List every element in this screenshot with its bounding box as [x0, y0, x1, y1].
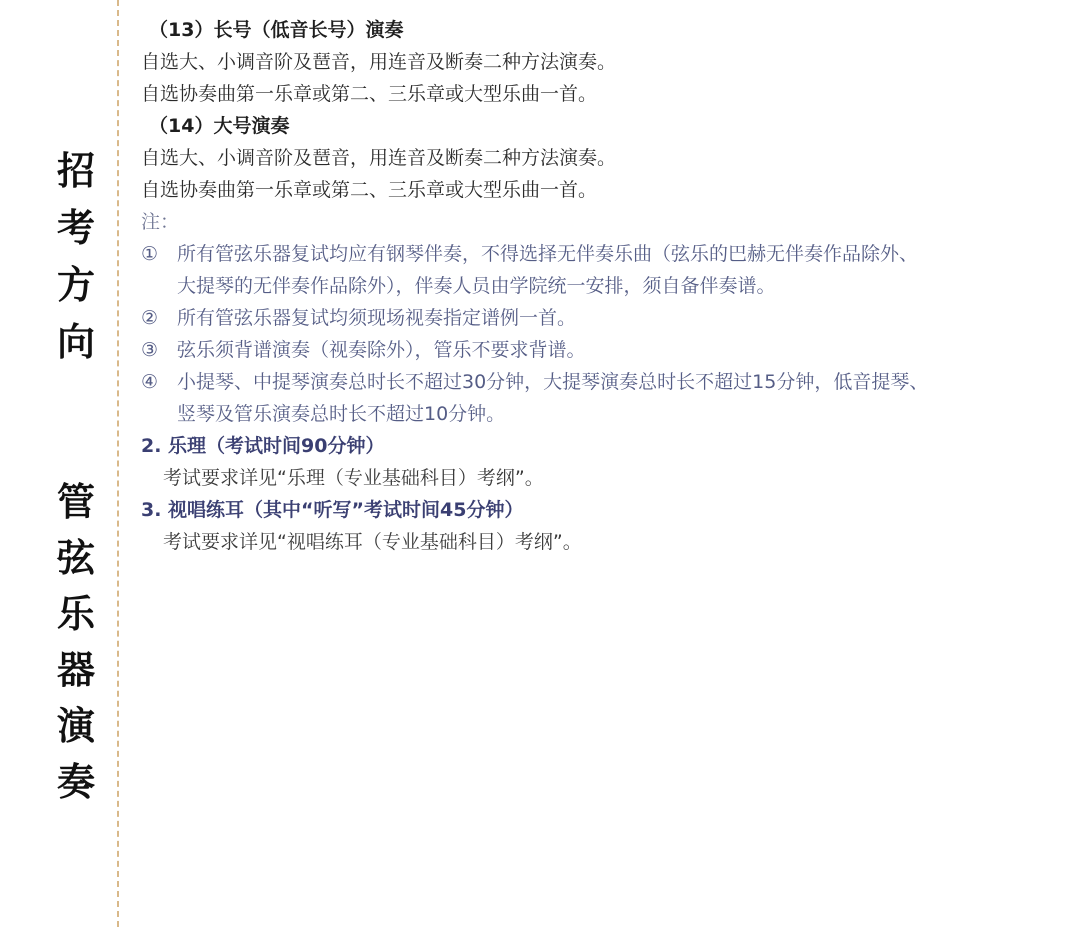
- note-item: ④ 小提琴、中提琴演奏总时长不超过30分钟，大提琴演奏总时长不超过15分钟，低音…: [141, 366, 1061, 398]
- note-text: 所有管弦乐器复试均须现场视奏指定谱例一首。: [177, 302, 576, 334]
- note-text-continued: 竖琴及管乐演奏总时长不超过10分钟。: [141, 398, 1061, 430]
- instrument-requirement: 自选协奏曲第一乐章或第二、三乐章或大型乐曲一首。: [141, 78, 1061, 110]
- content-body: （13）长号（低音长号）演奏 自选大、小调音阶及琶音，用连音及断奏二种方法演奏。…: [141, 14, 1061, 558]
- notes-label: 注：: [141, 206, 1061, 238]
- side-title-char: 奏: [57, 763, 95, 801]
- side-title-orchestral-performance: 管 弦 乐 器 演 奏: [54, 483, 98, 819]
- side-title-char: 管: [57, 483, 95, 521]
- side-title-char: 方: [57, 266, 95, 304]
- side-title-char: 乐: [57, 595, 95, 633]
- note-text: 所有管弦乐器复试均应有钢琴伴奏，不得选择无伴奏乐曲（弦乐的巴赫无伴奏作品除外、: [177, 238, 918, 270]
- side-title-exam-direction: 招 考 方 向: [54, 152, 98, 380]
- note-item: ① 所有管弦乐器复试均应有钢琴伴奏，不得选择无伴奏乐曲（弦乐的巴赫无伴奏作品除外…: [141, 238, 1061, 270]
- section-body: 考试要求详见“乐理（专业基础科目）考纲”。: [141, 462, 1061, 494]
- note-number: ④: [141, 366, 177, 398]
- note-number: ①: [141, 238, 177, 270]
- note-text-continued: 大提琴的无伴奏作品除外），伴奏人员由学院统一安排，须自备伴奏谱。: [141, 270, 1061, 302]
- section-heading-music-theory: 2. 乐理（考试时间90分钟）: [141, 430, 1061, 462]
- instrument-requirement: 自选大、小调音阶及琶音，用连音及断奏二种方法演奏。: [141, 142, 1061, 174]
- note-item: ② 所有管弦乐器复试均须现场视奏指定谱例一首。: [141, 302, 1061, 334]
- note-text: 小提琴、中提琴演奏总时长不超过30分钟，大提琴演奏总时长不超过15分钟，低音提琴…: [177, 366, 928, 398]
- note-item: ③ 弦乐须背谱演奏（视奏除外），管乐不要求背谱。: [141, 334, 1061, 366]
- side-title-char: 招: [57, 152, 95, 190]
- instrument-requirement: 自选协奏曲第一乐章或第二、三乐章或大型乐曲一首。: [141, 174, 1061, 206]
- note-number: ②: [141, 302, 177, 334]
- section-body: 考试要求详见“视唱练耳（专业基础科目）考纲”。: [141, 526, 1061, 558]
- side-title-char: 器: [57, 651, 95, 689]
- instrument-requirement: 自选大、小调音阶及琶音，用连音及断奏二种方法演奏。: [141, 46, 1061, 78]
- side-title-char: 弦: [57, 539, 95, 577]
- side-title-char: 演: [57, 707, 95, 745]
- instrument-heading-trombone: （13）长号（低音长号）演奏: [141, 14, 1061, 46]
- dashed-divider: [117, 0, 119, 927]
- instrument-heading-tuba: （14）大号演奏: [141, 110, 1061, 142]
- side-title-char: 考: [57, 209, 95, 247]
- side-title-char: 向: [57, 323, 95, 361]
- note-text: 弦乐须背谱演奏（视奏除外），管乐不要求背谱。: [177, 334, 586, 366]
- section-heading-solfeggio: 3. 视唱练耳（其中“听写”考试时间45分钟）: [141, 494, 1061, 526]
- note-number: ③: [141, 334, 177, 366]
